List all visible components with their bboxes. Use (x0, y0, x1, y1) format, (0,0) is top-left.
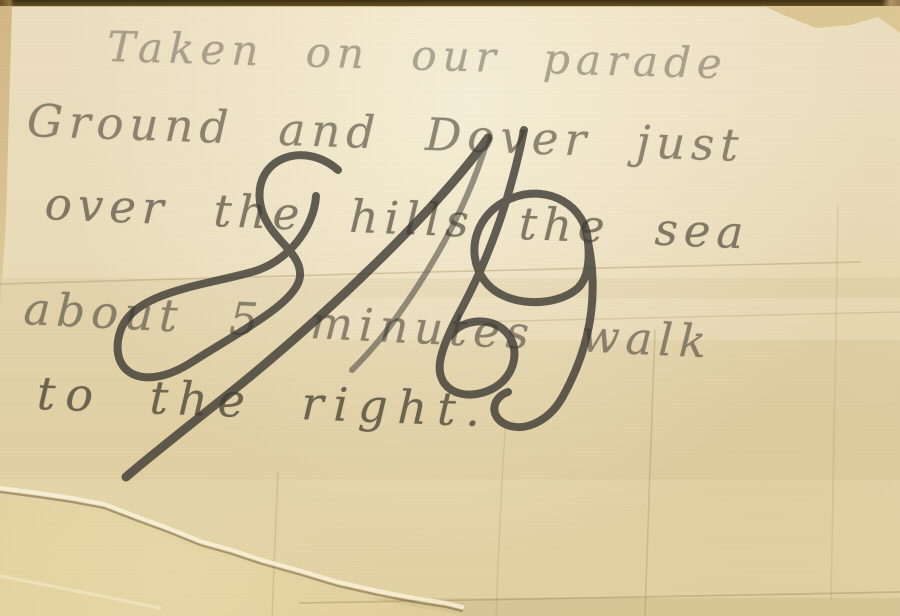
paper-creases (0, 205, 900, 616)
scanned-note: Taken on our parade Ground and Dover jus… (0, 0, 900, 616)
digit-1-stroke (126, 138, 488, 477)
digit-1-return-stroke (352, 138, 488, 370)
pencil-and-tear-overlay (0, 0, 900, 616)
torn-edge (0, 488, 462, 611)
digit-8-stroke (118, 155, 338, 377)
overlay-number-1869 (118, 130, 593, 477)
digit-6-stroke (440, 130, 524, 395)
